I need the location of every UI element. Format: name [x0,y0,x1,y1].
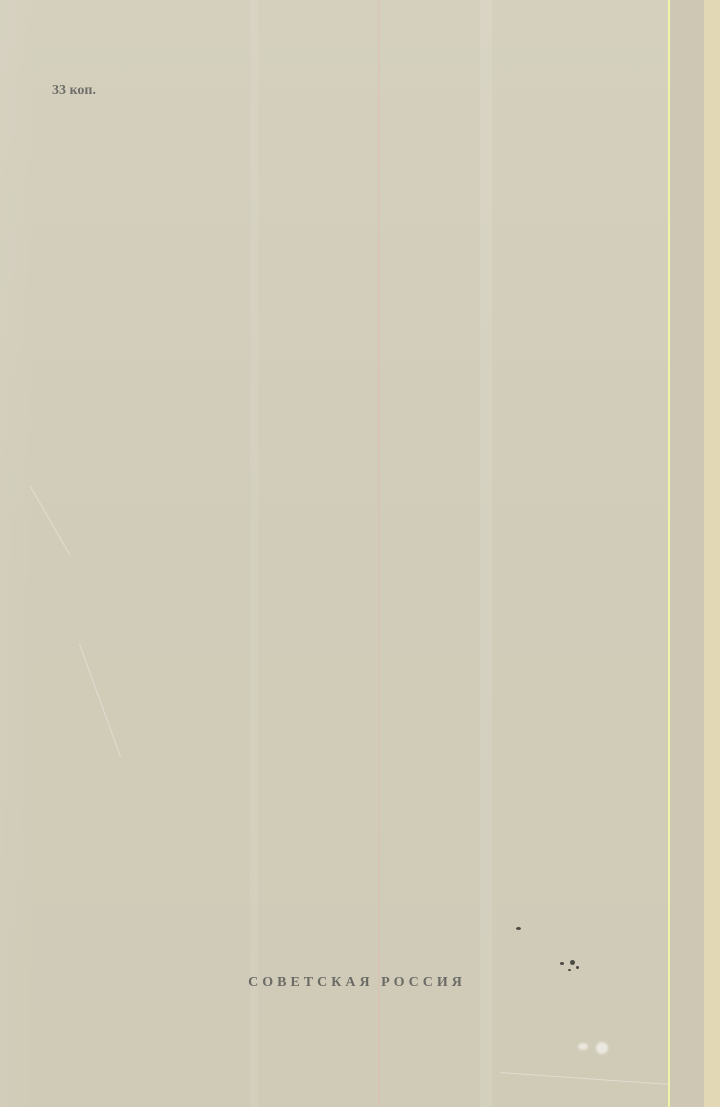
stain-spot [516,927,521,930]
crease [500,1072,670,1085]
crease [30,486,71,556]
back-cover: 33 коп. СОВЕТСКАЯ РОССИЯ [0,0,704,1107]
scan-stripe [378,0,380,1107]
crease [79,644,121,757]
stain-spot [568,969,571,971]
spine-title [706,260,718,520]
stain-spot [570,960,575,965]
stain-spot [576,966,579,969]
publisher-name: СОВЕТСКАЯ РОССИЯ [0,975,704,991]
wear-mark [596,1042,608,1054]
price-label: 33 коп. [52,83,96,99]
scan-stripe [480,0,492,1107]
wear-mark [578,1043,588,1050]
book-spine [704,0,720,1107]
cover-fold [670,0,706,1107]
scan-stripe [250,0,258,1107]
stain-spot [560,962,564,965]
